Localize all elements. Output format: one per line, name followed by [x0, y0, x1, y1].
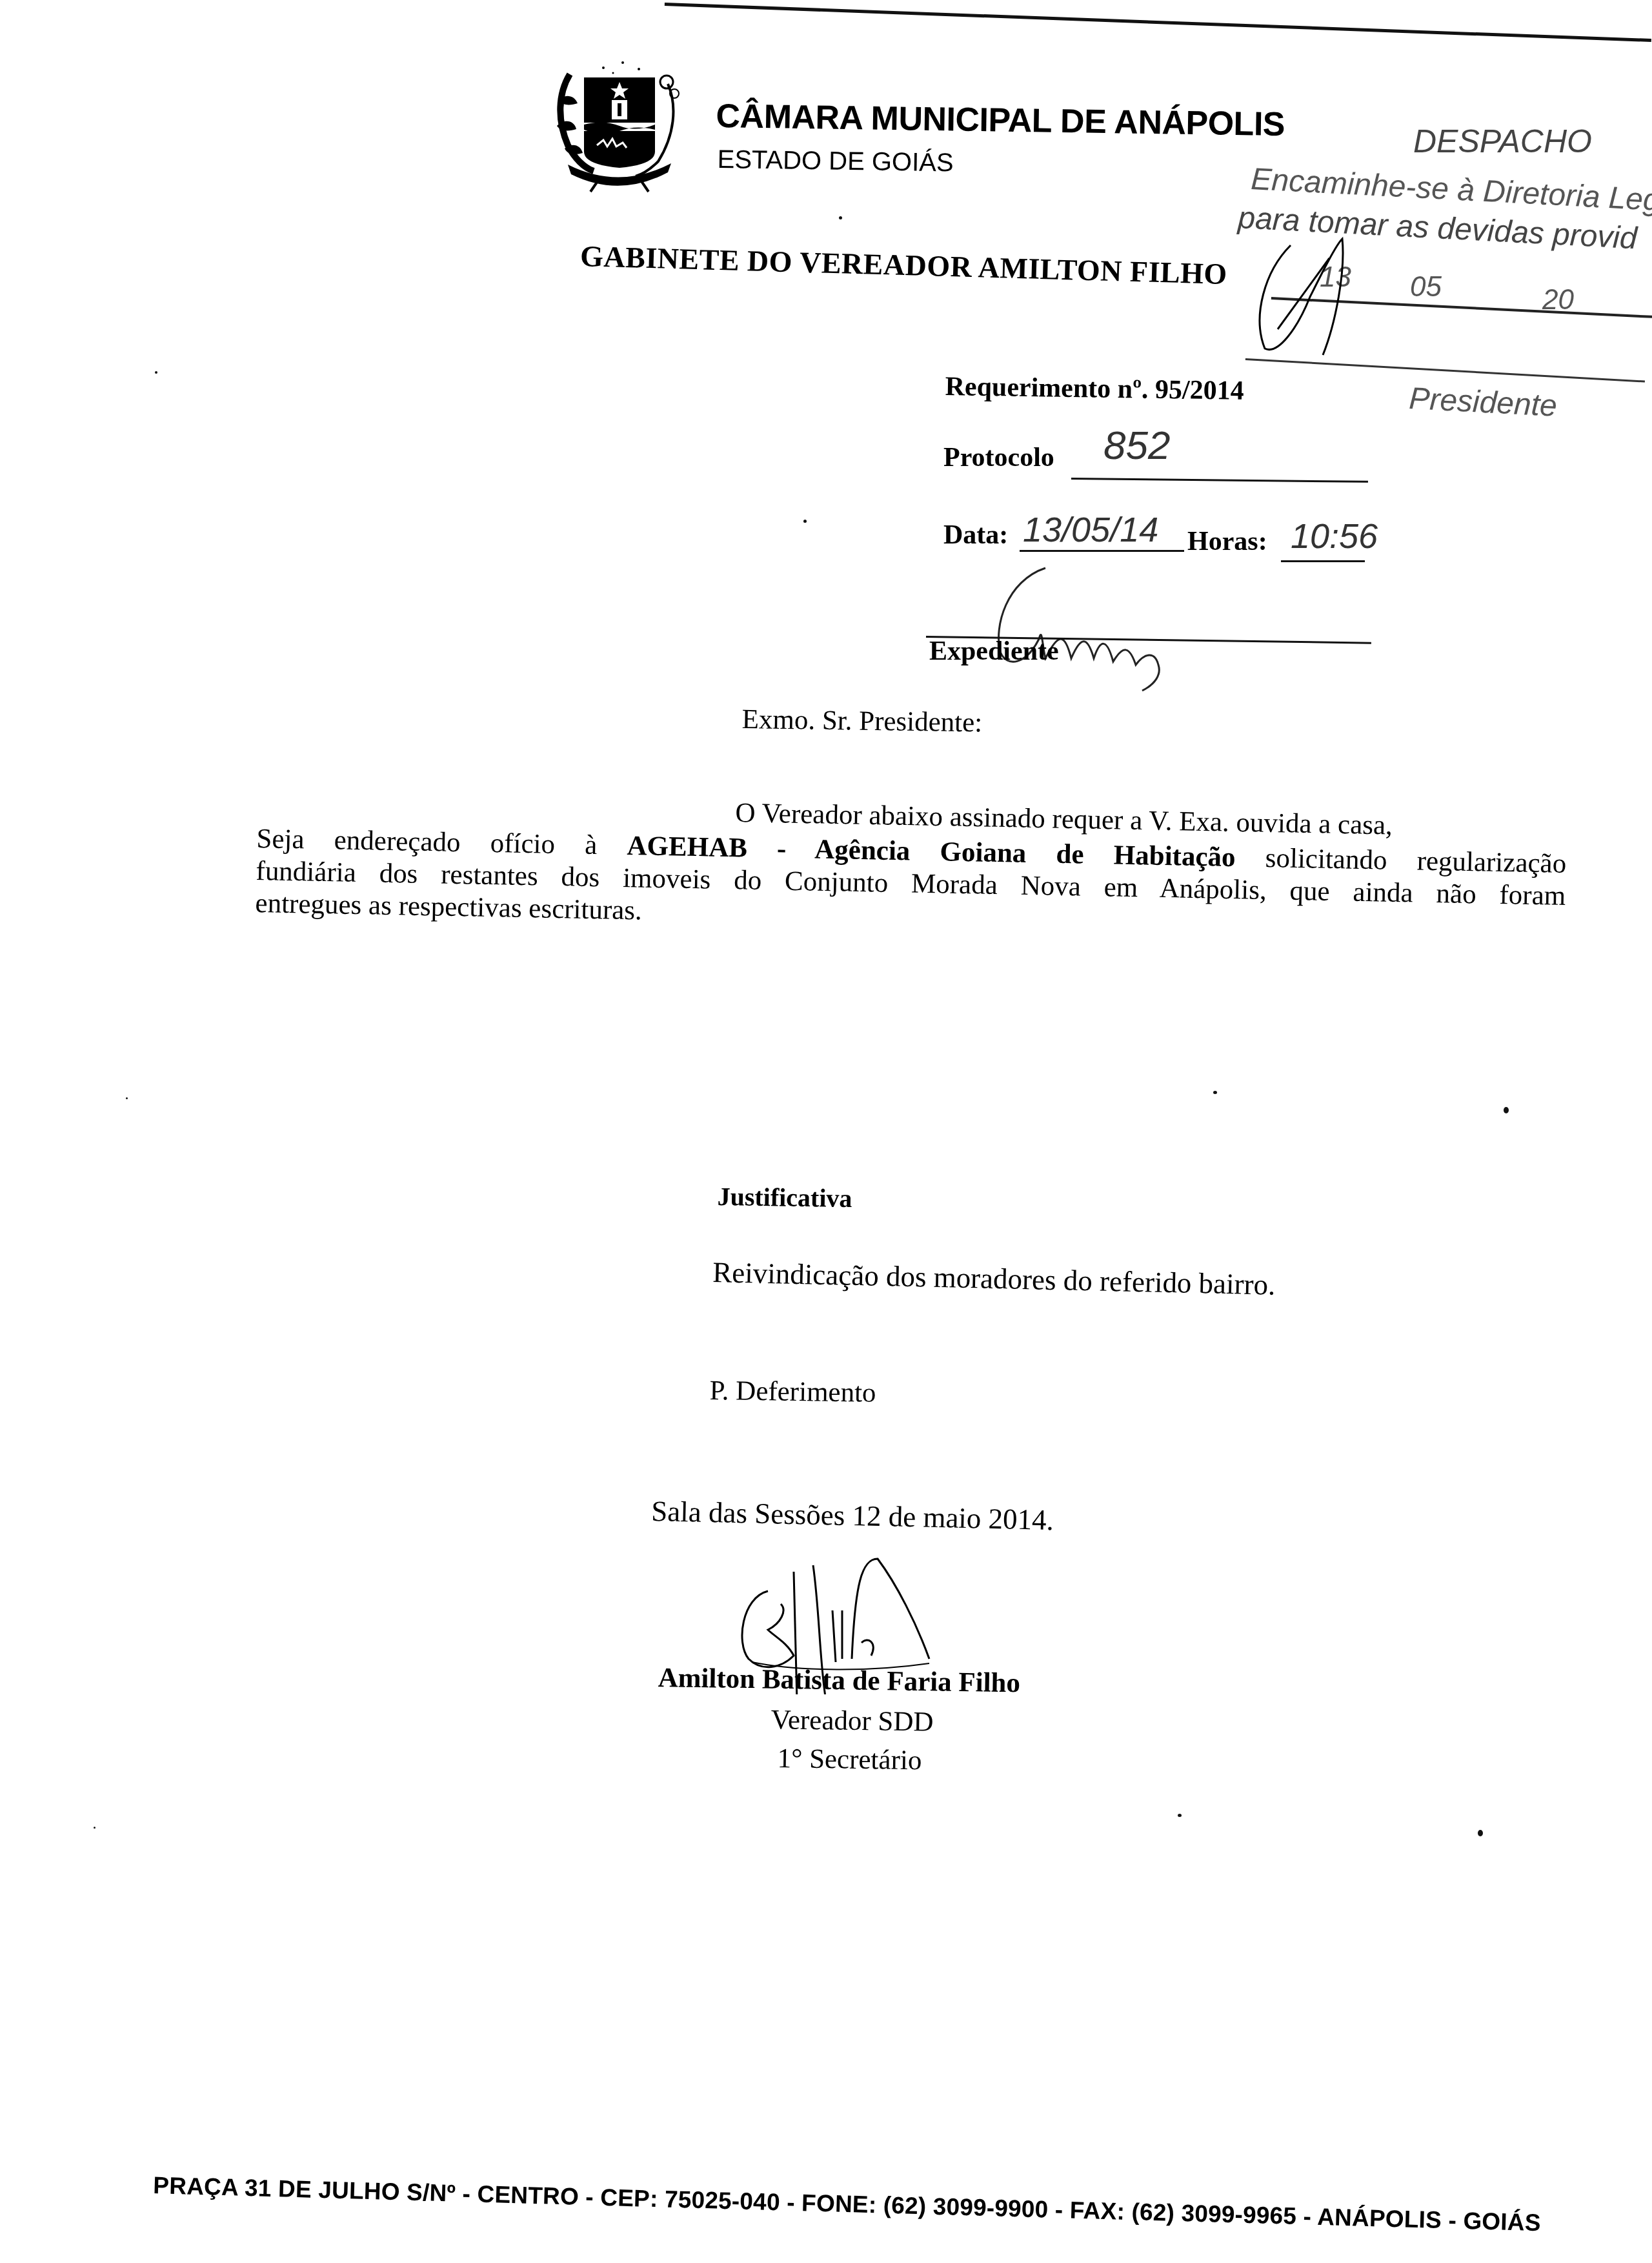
scan-speck: [94, 1827, 96, 1829]
despacho-stamp: DESPACHO Encaminhe-se à Diretoria Leg pa…: [1239, 123, 1652, 420]
expediente-rubric-icon: [968, 555, 1316, 704]
horas-value: 10:56: [1291, 516, 1378, 556]
request-paragraph: Seja endereçado ofício à AGEHAB - Agênci…: [255, 823, 1567, 945]
deferimento: P. Deferimento: [709, 1375, 876, 1409]
scan-speck: [1478, 1830, 1483, 1836]
scan-speck: [155, 371, 157, 374]
stamp-title: DESPACHO: [1413, 123, 1592, 160]
scan-top-edge-line: [665, 3, 1651, 42]
signer-title: 1° Secretário: [777, 1743, 922, 1776]
stamp-signature-line: [1245, 358, 1645, 383]
stamp-president-label: Presidente: [1408, 381, 1558, 424]
scan-speck: [1178, 1814, 1182, 1817]
closing-date-line: Sala das Sessões 12 de maio 2014.: [651, 1494, 1054, 1537]
footer-address: PRAÇA 31 DE JULHO S/Nº - CENTRO - CEP: 7…: [153, 2172, 1541, 2237]
data-label: Data:: [943, 520, 1008, 551]
data-underline: [1020, 550, 1184, 552]
protocolo-value: 852: [1103, 423, 1170, 469]
salutation: Exmo. Sr. Presidente:: [741, 704, 982, 739]
protocolo-label: Protocolo: [943, 442, 1054, 473]
scan-speck: [126, 1097, 128, 1099]
justification-title: Justificativa: [717, 1181, 852, 1213]
signer-name: Amilton Batista de Faria Filho: [658, 1662, 1020, 1699]
justification-text: Reivindicação dos moradores do referido …: [712, 1255, 1276, 1302]
scan-speck: [839, 216, 842, 219]
institution-name: CÂMARA MUNICIPAL DE ANÁPOLIS: [716, 97, 1285, 144]
protocolo-underline: [1071, 478, 1368, 483]
office-title: GABINETE DO VEREADOR AMILTON FILHO: [580, 239, 1228, 291]
state-name: ESTADO DE GOIÁS: [717, 145, 954, 178]
requerimento-number: Requerimento nº. 95/2014: [945, 371, 1244, 407]
municipal-crest-icon: [552, 48, 687, 194]
scan-speck: [1504, 1107, 1509, 1113]
signer-role: Vereador SDD: [771, 1704, 934, 1738]
horas-label: Horas:: [1187, 526, 1267, 557]
scan-speck: [1213, 1091, 1217, 1094]
president-rubric-icon: [1252, 232, 1368, 361]
stamp-date-month: 05: [1410, 271, 1442, 303]
expediente-label: Expediente: [929, 636, 1059, 667]
scan-speck: [803, 520, 807, 523]
data-value: 13/05/14: [1023, 510, 1158, 550]
